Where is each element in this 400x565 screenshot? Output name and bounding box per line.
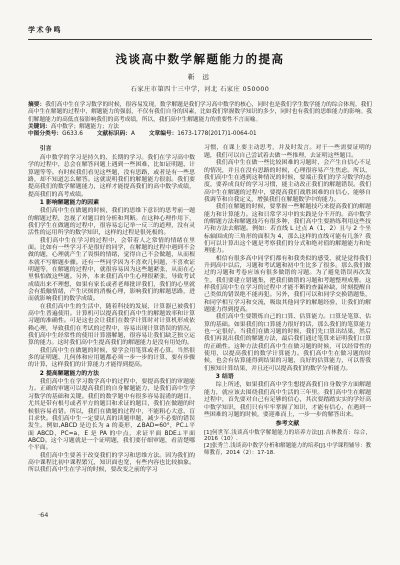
doc-code-label: 文献标识码： [97, 131, 131, 137]
article-title: 浅谈高中数学解题能力的提高 [28, 51, 372, 67]
keywords-label: 关键词： [28, 124, 51, 130]
clc-label: 中图分类号： [28, 131, 62, 137]
clc-value: G633.6 [62, 131, 83, 137]
doc-code-value: A [131, 131, 135, 137]
paragraph: 在我们高中生的生活中，随着科技的发展，计算器已被我们高中生普遍使用。计算机可以提… [28, 304, 195, 348]
page-content: 学术争鸣 浅谈高中数学解题能力的提高 靳 远 石家庄市第四十三中学，河北 石家庄… [0, 0, 400, 475]
paragraph: 相信有很多高中同学们都有和我类似的感受，就是觉得我们升到高中以后，习题和考试题和… [204, 256, 371, 315]
article-id-label: 文章编号： [149, 131, 177, 137]
paragraph: 我们高中生在做题的时候，我们的思维下意识的思考前一题的解题过程，忽视了对题目的分… [28, 208, 195, 237]
paragraph: 高中数学的学习是持久的、长期的学习。我们在学习高中数学的过程中，总会在解答问题上… [28, 155, 195, 199]
reference-item: [1]何世军.浅谈高中数学解题能力的培养方法[J].吉林教育：综合，2016（1… [204, 430, 371, 444]
paragraph: 我们高中生要锻炼自己的口算、估算能力。口算是笔算、估算的基础。如果我们的口算能力… [204, 314, 371, 373]
section-heading-1: 1 影响解题能力的因素 [28, 200, 195, 207]
page-number: ·64 [38, 511, 48, 519]
paragraph: 我们在解题的时候，要掌握一些解题技巧来提高我们的解题能力和计算能力。这和日常学习… [204, 204, 371, 255]
article-id-value: 1673-1778(2017)1-0064-01 [177, 131, 256, 137]
keywords-text: 高中数学；解题能力；方法 [51, 124, 119, 130]
header-rule [28, 39, 372, 40]
classification-line: 中图分类号：G633.6文献标识码：A文章编号：1673-1778(2017)1… [28, 131, 372, 138]
paragraph: 我们高中生在学习的过程中，会带着人之常情的情绪在里面。比如有一些学习不是很好的同… [28, 238, 195, 304]
paragraph: 我们高中生在做一些比较困难的习题时，会产生自信心不足的情况，并且在没有思路的时候… [204, 160, 371, 204]
paragraph: 综上所述，如果我们高中学生想提高我们自身数学方面解题能力，就应该去围绕我们高中生… [204, 382, 371, 419]
right-column: 习惯，在课上要主动思考，并及时发言。对于一些需要证明的题，我们可以自己尝试着去做… [204, 145, 371, 474]
journal-section-header: 学术争鸣 [28, 25, 372, 35]
references-heading: 参考文献 [204, 421, 371, 428]
section-heading-intro: 引言 [28, 146, 195, 153]
paragraph-continuation: 习惯，在课上要主动思考，并及时发言。对于一些需要证明的题，我们可以自己尝试着去做… [204, 145, 371, 160]
abstract-label: 摘要： [28, 102, 45, 108]
reference-item: [2]张秀兰.浅谈高中数学分析和解题能力的培养[J].中学课程辅导：教师教育，2… [204, 443, 371, 457]
abstract: 摘要：我们高中生在学习数学的时候，很容易发现，数学解题是我们学习高中数学的核心，… [28, 102, 372, 124]
article-author: 靳 远 [28, 72, 372, 81]
article-affiliation: 石家庄市第四十三中学，河北 石家庄 050000 [28, 84, 372, 93]
paragraph: 我们高中生要善于改变我们的学习和思维方法。因为我们的高中课程比初中课程繁冗，知识… [28, 453, 195, 475]
left-column: 引言 高中数学的学习是持久的、长期的学习。我们在学习高中数学的过程中，总会在解答… [28, 145, 195, 474]
paragraph: 我们高中生在做题的时候，要学会用笔算或者心算。当然很多的证明题、几何体和应用题都… [28, 348, 195, 370]
paragraph: 我们高中生在学习数学高中的过程中，要提高我们的审题能力。正确的审题可以提高我们的… [28, 379, 195, 452]
abstract-text: 我们高中生在学习数学的时候，很容易发现，数学解题是我们学习高中数学的核心，同时也… [28, 102, 372, 123]
article-meta: 摘要：我们高中生在学习数学的时候，很容易发现，数学解题是我们学习高中数学的核心，… [28, 102, 372, 138]
section-heading-2: 2 提高解题能力的方法 [28, 371, 195, 378]
body-columns: 引言 高中数学的学习是持久的、长期的学习。我们在学习高中数学的过程中，总会在解答… [28, 145, 372, 474]
section-heading-3: 3 结语 [204, 374, 371, 381]
paper-page: 学术争鸣 浅谈高中数学解题能力的提高 靳 远 石家庄市第四十三中学，河北 石家庄… [0, 0, 400, 565]
